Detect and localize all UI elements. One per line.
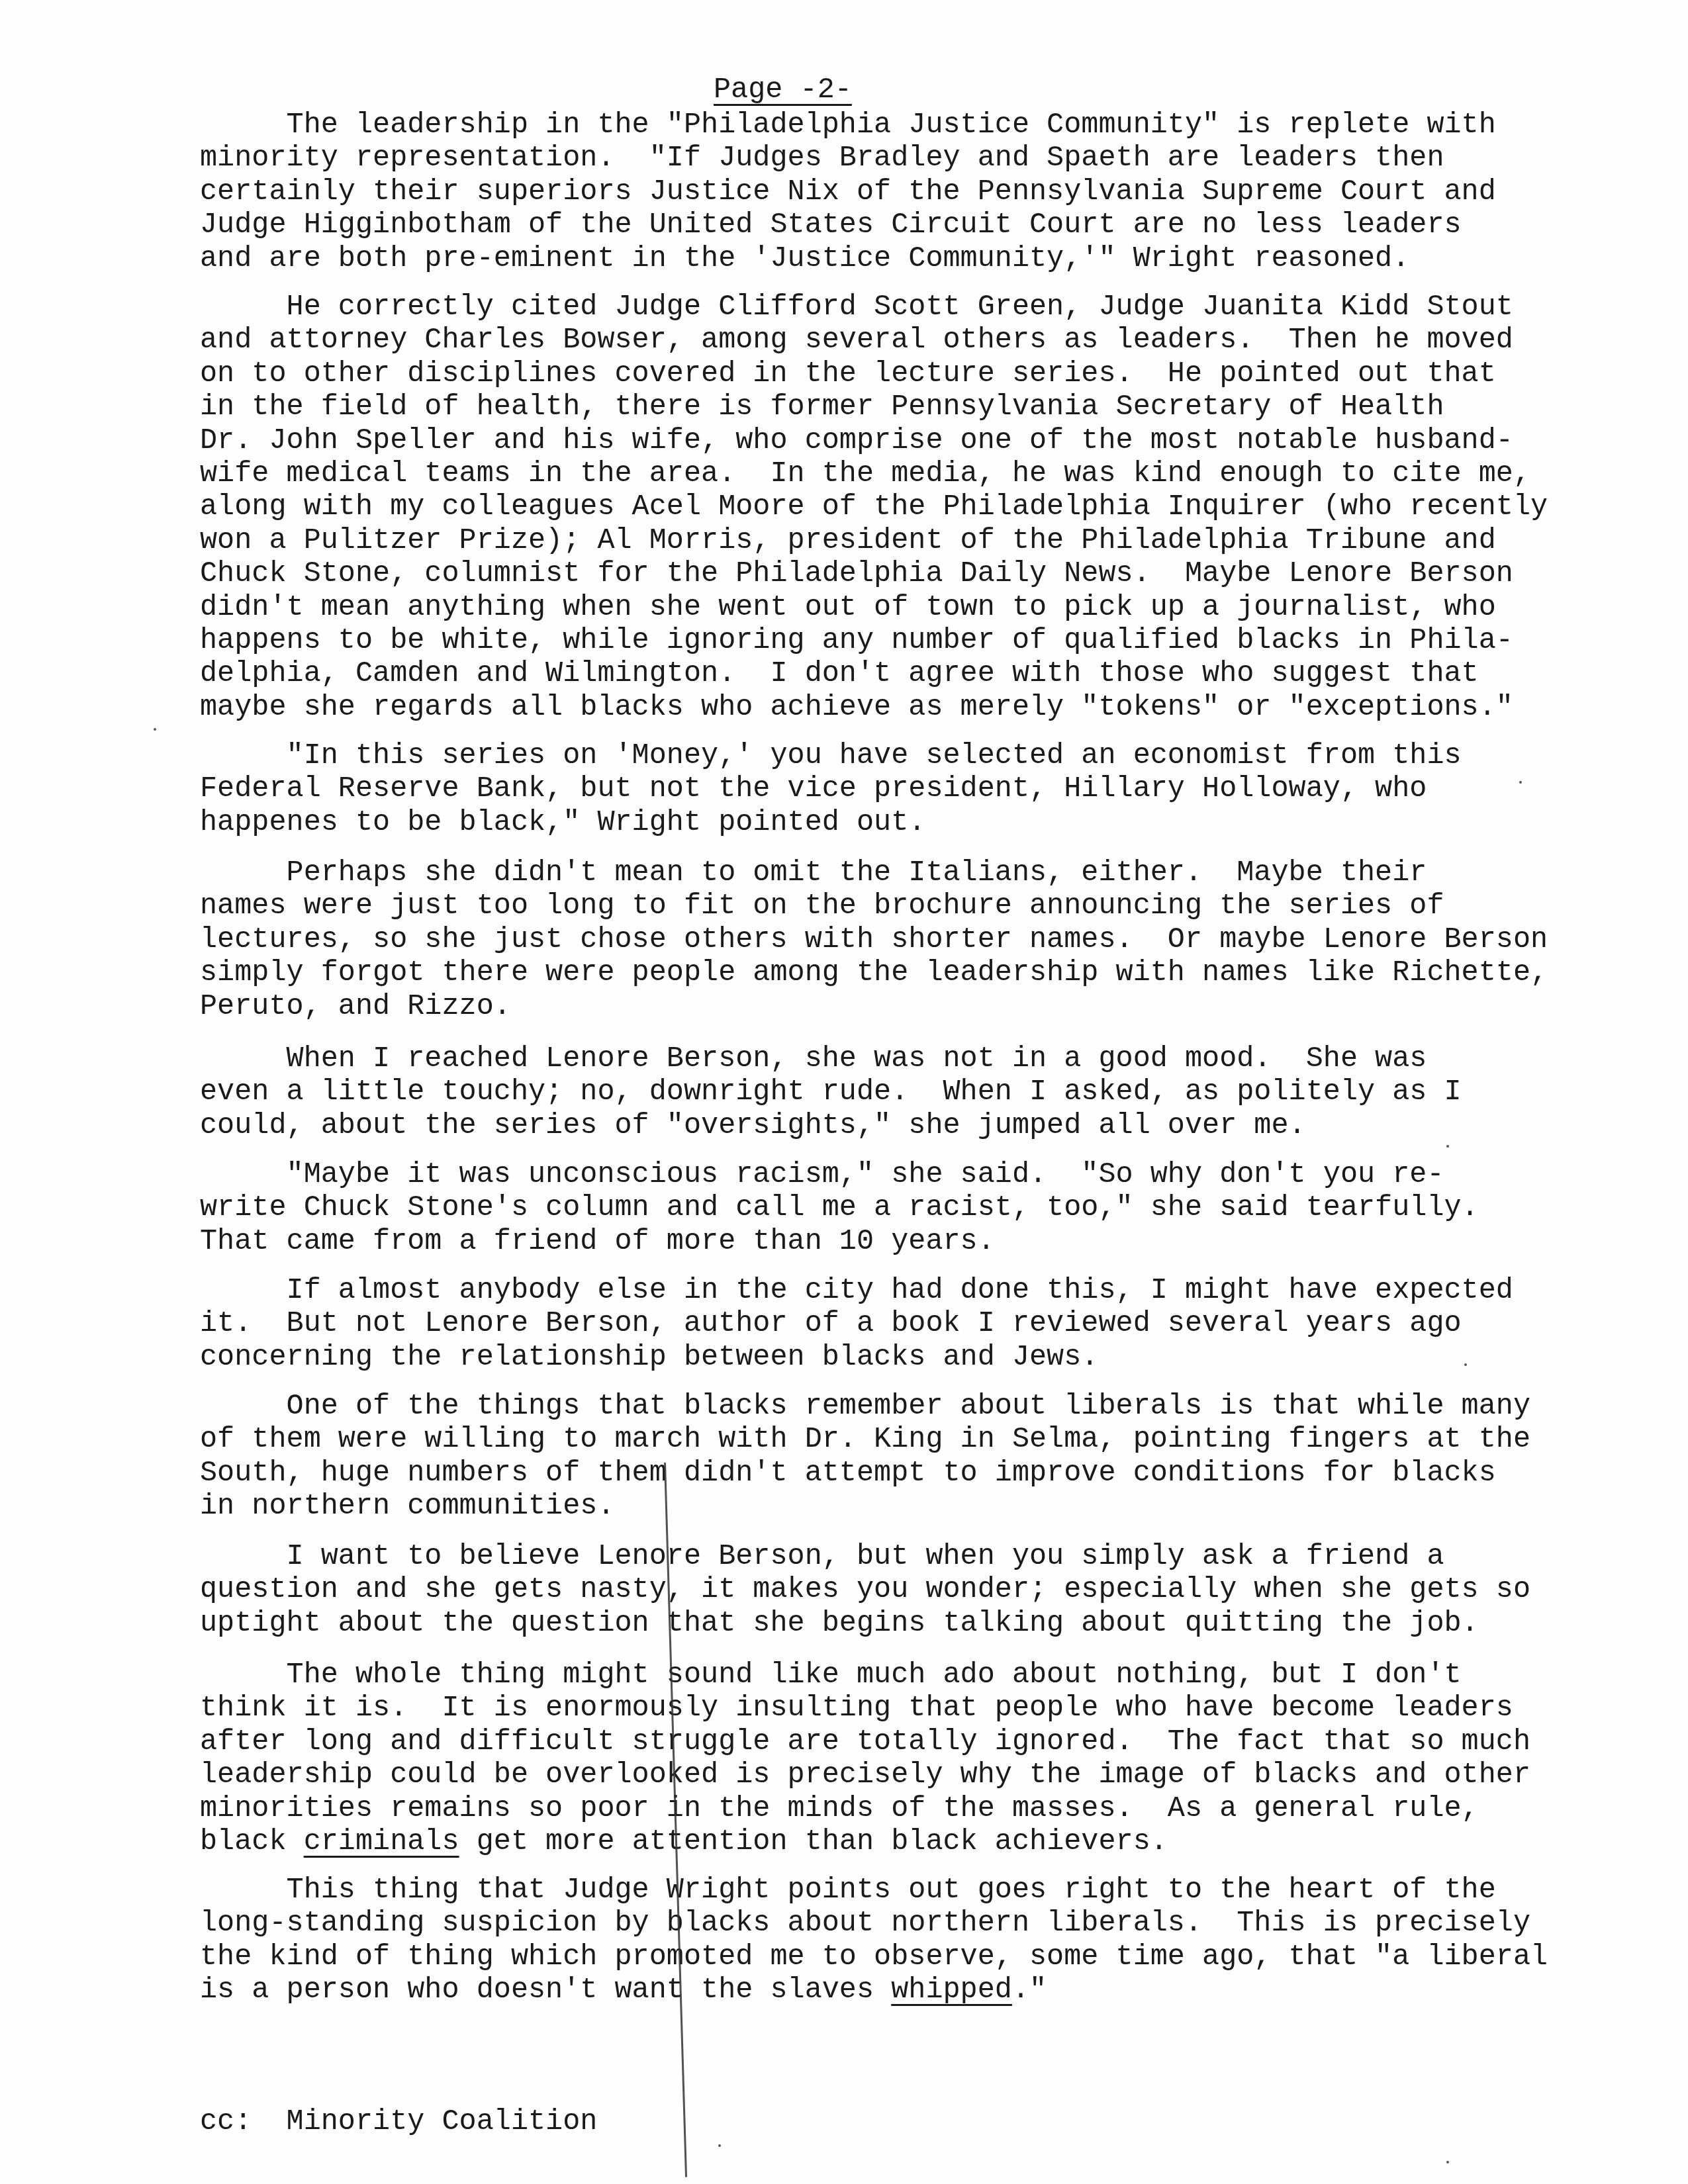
text-line: question and she gets nasty, it makes yo… — [200, 1574, 1530, 1607]
text-line: "In this series on 'Money,' you have sel… — [200, 740, 1462, 773]
text-line: happens to be white, while ignoring any … — [200, 625, 1548, 658]
text-line: That came from a friend of more than 10 … — [200, 1226, 1479, 1259]
paragraph: He correctly cited Judge Clifford Scott … — [200, 291, 1548, 725]
text-line: after long and difficult struggle are to… — [200, 1726, 1530, 1759]
text-line: Federal Reserve Bank, but not the vice p… — [200, 773, 1462, 806]
text-span: is a person who doesn't want the slaves — [200, 1974, 891, 2007]
scan-speck — [154, 728, 156, 731]
scan-speck — [718, 2144, 721, 2147]
text-line: names were just too long to fit on the b… — [200, 890, 1548, 923]
text-line: won a Pulitzer Prize); Al Morris, presid… — [200, 525, 1548, 558]
text-line: even a little touchy; no, downright rude… — [200, 1076, 1462, 1109]
text-line: concerning the relationship between blac… — [200, 1342, 1513, 1375]
text-line: happenes to be black," Wright pointed ou… — [200, 807, 1462, 840]
text-line: "Maybe it was unconscious racism," she s… — [200, 1159, 1479, 1192]
text-span: black — [200, 1826, 304, 1858]
text-line: in northern communities. — [200, 1490, 1530, 1524]
text-line: leadership could be overlooked is precis… — [200, 1759, 1530, 1792]
text-line: could, about the series of "oversights,"… — [200, 1110, 1462, 1143]
text-line: write Chuck Stone's column and call me a… — [200, 1192, 1479, 1225]
paragraph: Perhaps she didn't mean to omit the Ital… — [200, 857, 1548, 1024]
paragraph: "Maybe it was unconscious racism," she s… — [200, 1159, 1479, 1259]
text-line: it. But not Lenore Berson, author of a b… — [200, 1308, 1513, 1341]
underlined-word: whipped — [891, 1974, 1012, 2007]
cc-line: cc: Minority Coalition — [200, 2106, 597, 2138]
text-span: get more attention than black achievers. — [459, 1826, 1168, 1858]
text-line: long-standing suspicion by blacks about … — [200, 1907, 1548, 1940]
text-line: black criminals get more attention than … — [200, 1826, 1530, 1859]
text-line: Perhaps she didn't mean to omit the Ital… — [200, 857, 1548, 890]
text-line: simply forgot there were people among th… — [200, 957, 1548, 990]
text-line: and are both pre-eminent in the 'Justice… — [200, 243, 1496, 276]
text-line: delphia, Camden and Wilmington. I don't … — [200, 658, 1548, 691]
scan-speck — [1446, 2161, 1449, 2163]
paragraph: The leadership in the "Philadelphia Just… — [200, 109, 1496, 276]
text-line: The leadership in the "Philadelphia Just… — [200, 109, 1496, 142]
text-line: This thing that Judge Wright points out … — [200, 1874, 1548, 1907]
text-line: is a person who doesn't want the slaves … — [200, 1974, 1548, 2007]
text-line: minorities remains so poor in the minds … — [200, 1793, 1530, 1826]
text-line: the kind of thing which promoted me to o… — [200, 1941, 1548, 1974]
text-line: of them were willing to march with Dr. K… — [200, 1424, 1530, 1457]
text-line: maybe she regards all blacks who achieve… — [200, 692, 1548, 725]
scan-speck — [1446, 1145, 1449, 1148]
paragraph: One of the things that blacks remember a… — [200, 1390, 1530, 1524]
text-line: I want to believe Lenore Berson, but whe… — [200, 1541, 1530, 1574]
text-line: uptight about the question that she begi… — [200, 1608, 1530, 1641]
text-line: wife medical teams in the area. In the m… — [200, 458, 1548, 491]
text-line: along with my colleagues Acel Moore of t… — [200, 491, 1548, 524]
text-line: certainly their superiors Justice Nix of… — [200, 176, 1496, 209]
text-line: The whole thing might sound like much ad… — [200, 1659, 1530, 1692]
paragraph: When I reached Lenore Berson, she was no… — [200, 1043, 1462, 1143]
text-span: ." — [1012, 1974, 1047, 2007]
scan-speck — [1519, 781, 1522, 784]
page-header: Page -2- — [714, 74, 852, 107]
paragraph: "In this series on 'Money,' you have sel… — [200, 740, 1462, 840]
underlined-word: criminals — [304, 1826, 459, 1858]
text-line: South, huge numbers of them didn't attem… — [200, 1457, 1530, 1490]
text-line: When I reached Lenore Berson, she was no… — [200, 1043, 1462, 1076]
paragraph: If almost anybody else in the city had d… — [200, 1275, 1513, 1375]
text-line: Chuck Stone, columnist for the Philadelp… — [200, 558, 1548, 591]
text-line: Judge Higginbotham of the United States … — [200, 209, 1496, 242]
paragraph: I want to believe Lenore Berson, but whe… — [200, 1541, 1530, 1641]
paragraph: The whole thing might sound like much ad… — [200, 1659, 1530, 1859]
paragraph: This thing that Judge Wright points out … — [200, 1874, 1548, 2008]
text-line: didn't mean anything when she went out o… — [200, 592, 1548, 625]
scan-speck — [1464, 1363, 1467, 1366]
text-line: Dr. John Speller and his wife, who compr… — [200, 425, 1548, 458]
text-line: minority representation. "If Judges Brad… — [200, 142, 1496, 175]
document-page: Page -2- The leadership in the "Philadel… — [0, 0, 1688, 2184]
text-line: in the field of health, there is former … — [200, 391, 1548, 424]
text-line: and attorney Charles Bowser, among sever… — [200, 324, 1548, 357]
text-line: lectures, so she just chose others with … — [200, 924, 1548, 957]
text-line: One of the things that blacks remember a… — [200, 1390, 1530, 1424]
text-line: If almost anybody else in the city had d… — [200, 1275, 1513, 1308]
text-line: on to other disciplines covered in the l… — [200, 358, 1548, 391]
text-line: Peruto, and Rizzo. — [200, 991, 1548, 1024]
text-line: think it is. It is enormously insulting … — [200, 1692, 1530, 1725]
text-line: He correctly cited Judge Clifford Scott … — [200, 291, 1548, 324]
